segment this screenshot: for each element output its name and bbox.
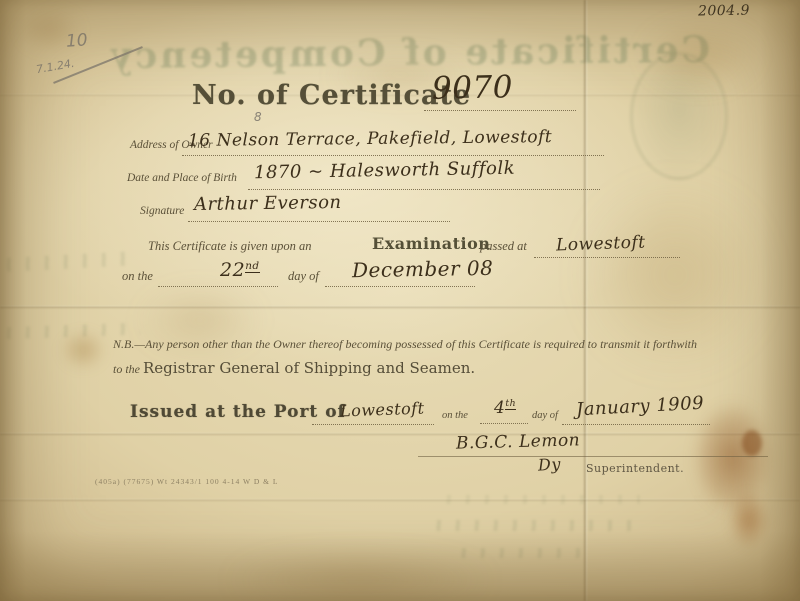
stain [230, 555, 490, 601]
exam-month-value: December 08 [352, 256, 494, 282]
edge-shading-right [760, 0, 800, 601]
ghost-scribble [430, 520, 640, 531]
rule [325, 286, 475, 287]
passed-at-label: passed at [480, 239, 527, 254]
stain [60, 330, 106, 370]
examination-word: Examination [372, 234, 490, 253]
stain [695, 405, 770, 510]
issue-day-value: 4th [494, 398, 516, 418]
rule [248, 189, 600, 190]
address-value: 16 Nelson Terrace, Pakefield, Lowestoft [188, 127, 552, 151]
certificate-number-value: 9070 [432, 69, 514, 106]
signature-rule [418, 456, 768, 457]
rule [158, 286, 278, 287]
ghost-scribble [0, 252, 125, 273]
issue-day-suffix: th [505, 398, 516, 410]
stain [742, 430, 762, 456]
issue-on-the-label: on the [442, 410, 468, 421]
pencil-number: 10 [65, 30, 88, 51]
horizontal-crease [0, 305, 800, 309]
issue-day-number: 4 [494, 398, 505, 418]
horizontal-crease [0, 498, 800, 502]
signature-value: Arthur Everson [194, 192, 342, 215]
certificate-number-label: No. of Certificate [192, 80, 471, 111]
passed-at-value: Lowestoft [556, 232, 646, 255]
deputy-abbreviation: Dy [538, 454, 562, 474]
rule [188, 221, 450, 222]
rule [562, 424, 710, 425]
rule [480, 423, 528, 424]
exam-day-value: 22nd [220, 259, 260, 281]
embossed-seal [630, 52, 728, 180]
day-of-label: day of [288, 269, 319, 284]
birth-label: Date and Place of Birth [127, 172, 237, 184]
notice-emphasis-text: Registrar General of Shipping and Seamen… [143, 359, 475, 377]
notice-paragraph: N.B.—Any person other than the Owner the… [113, 332, 697, 382]
printers-imprint: (405a) (77675) Wt 24343/1 100 4-14 W D &… [95, 477, 278, 486]
ghost-scribble [455, 548, 585, 558]
issued-at-port-label: Issued at the Port of [130, 402, 346, 422]
official-signature: B.G.C. Lemon [456, 430, 581, 453]
pencil-date: 7.1.24. [35, 57, 75, 76]
port-value: Lowestoft [340, 399, 425, 421]
edge-shading-bottom [0, 531, 800, 601]
horizontal-crease [0, 432, 800, 436]
rule [312, 424, 434, 425]
ghost-mirrored-title: Certificate of Competency [110, 29, 711, 87]
rule [424, 110, 576, 111]
issue-day-of-label: day of [532, 410, 558, 421]
issue-date-value: January 1909 [576, 393, 705, 421]
vertical-fold [583, 0, 588, 601]
birth-value: 1870 ~ Halesworth Suffolk [254, 158, 515, 184]
catalogue-number: 2004.9 [698, 3, 750, 20]
exam-day-number: 22 [220, 259, 245, 281]
edge-shading-left [0, 0, 26, 601]
stain [728, 490, 770, 550]
on-the-label: on the [122, 269, 153, 284]
examination-prefix: This Certificate is given upon an [148, 239, 312, 254]
signature-label: Signature [140, 205, 184, 217]
superintendent-label: Superintendent. [586, 462, 684, 475]
ghost-scribble [440, 495, 640, 504]
certificate-document: Certificate of Competency 2004.9 10 7.1.… [0, 0, 800, 601]
pencil-mark: 8 [254, 110, 262, 124]
exam-day-suffix: nd [245, 260, 259, 273]
rule [534, 257, 680, 258]
rule [182, 155, 604, 156]
